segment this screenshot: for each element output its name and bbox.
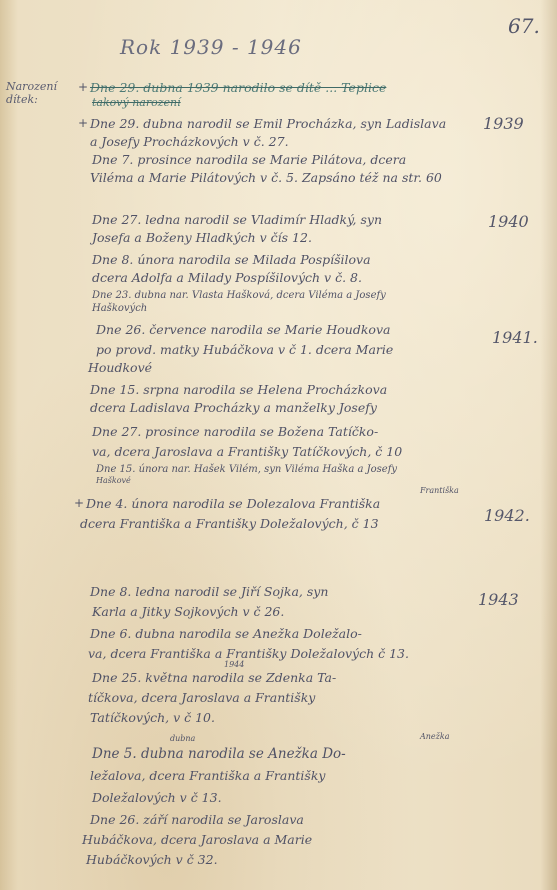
plus-mark: +: [78, 80, 88, 94]
entry-line: Dne 27. ledna narodil se Vladimír Hladký…: [92, 212, 382, 227]
page-title: Rok 1939 - 1946: [120, 35, 302, 59]
entry-line: Josefa a Boženy Hladkých v čís 12.: [92, 230, 312, 245]
correction-note: Anežka: [420, 732, 450, 741]
entry-line: Houdkové: [88, 360, 152, 375]
entry-line: Dne 25. května narodila se Zdenka Ta-: [92, 670, 336, 685]
entry-line: Dne 6. dubna narodila se Anežka Doležalo…: [90, 626, 362, 641]
entry-line: Dne 4. února narodila se Dolezalova Fran…: [86, 496, 380, 511]
entry-line: a Josefy Procházkových v č. 27.: [90, 134, 289, 149]
entry-line: Dne 8. února narodila se Milada Pospíšil…: [92, 252, 371, 267]
entry-line: dcera Františka a Františky Doležalových…: [80, 516, 379, 531]
correction-note: 1944: [224, 660, 244, 669]
entry-line: Dne 26. září narodila se Jaroslava: [90, 812, 304, 827]
entry-line: takový narození: [92, 96, 181, 109]
register-page: 67. Rok 1939 - 1946 Narození dítek: + Dn…: [0, 0, 557, 890]
year-marker: 1941.: [492, 328, 538, 347]
page-number: 67.: [508, 14, 540, 38]
entry-line: Haškové: [96, 476, 131, 485]
entry-line: Karla a Jitky Sojkových v č 26.: [92, 604, 284, 619]
correction-note: dubna: [170, 734, 195, 743]
entry-line: po provd. matky Hubáčkova v č 1. dcera M…: [96, 342, 393, 357]
entry-line: Dne 8. ledna narodil se Jiří Sojka, syn: [90, 584, 328, 599]
entry-line: Dne 7. prosince narodila se Marie Piláto…: [92, 152, 406, 167]
entry-line: Dne 27. prosince narodila se Božena Tatí…: [92, 424, 378, 439]
margin-label: Narození dítek:: [6, 80, 76, 106]
entry-line: Dne 15. února nar. Hašek Vilém, syn Vilé…: [96, 464, 397, 475]
entry-line: Dne 23. dubna nar. Vlasta Hašková, dcera…: [92, 290, 386, 301]
entry-line: va, dcera Františka a Františky Doležalo…: [88, 646, 409, 661]
plus-mark: +: [74, 496, 84, 510]
entry-line: Viléma a Marie Pilátových v č. 5. Zapsán…: [90, 170, 442, 185]
year-marker: 1939: [483, 114, 524, 133]
entry-line: dcera Adolfa a Milady Pospíšilových v č.…: [92, 270, 362, 285]
year-marker: 1940: [488, 212, 529, 231]
correction-note: Františka: [420, 486, 459, 495]
entry-line: Dne 15. srpna narodila se Helena Procház…: [90, 382, 387, 397]
entry-line: tíčkova, dcera Jaroslava a Františky: [88, 690, 315, 705]
entry-line: Dne 29. dubna 1939 narodilo se dítě ... …: [90, 80, 386, 95]
entry-line: Dne 29. dubna narodil se Emil Procházka,…: [90, 116, 446, 131]
year-marker: 1943: [478, 590, 519, 609]
year-marker: 1942.: [484, 506, 530, 525]
entry-line: Doležalových v č 13.: [92, 790, 222, 805]
entry-line: Hubáčkova, dcera Jaroslava a Marie: [82, 832, 312, 847]
entry-line: ležalova, dcera Františka a Františky: [90, 768, 325, 783]
entry-line: Haškových: [92, 303, 147, 314]
entry-line: Tatíčkových, v č 10.: [90, 710, 215, 725]
plus-mark: +: [78, 116, 88, 130]
entry-line: Dne 5. dubna narodila se Anežka Do-: [92, 746, 346, 762]
entry-line: dcera Ladislava Procházky a manželky Jos…: [90, 400, 377, 415]
entry-line: va, dcera Jaroslava a Františky Tatíčkov…: [92, 444, 402, 459]
entry-line: Hubáčkových v č 32.: [86, 852, 218, 867]
entry-line: Dne 26. července narodila se Marie Houdk…: [96, 322, 390, 337]
